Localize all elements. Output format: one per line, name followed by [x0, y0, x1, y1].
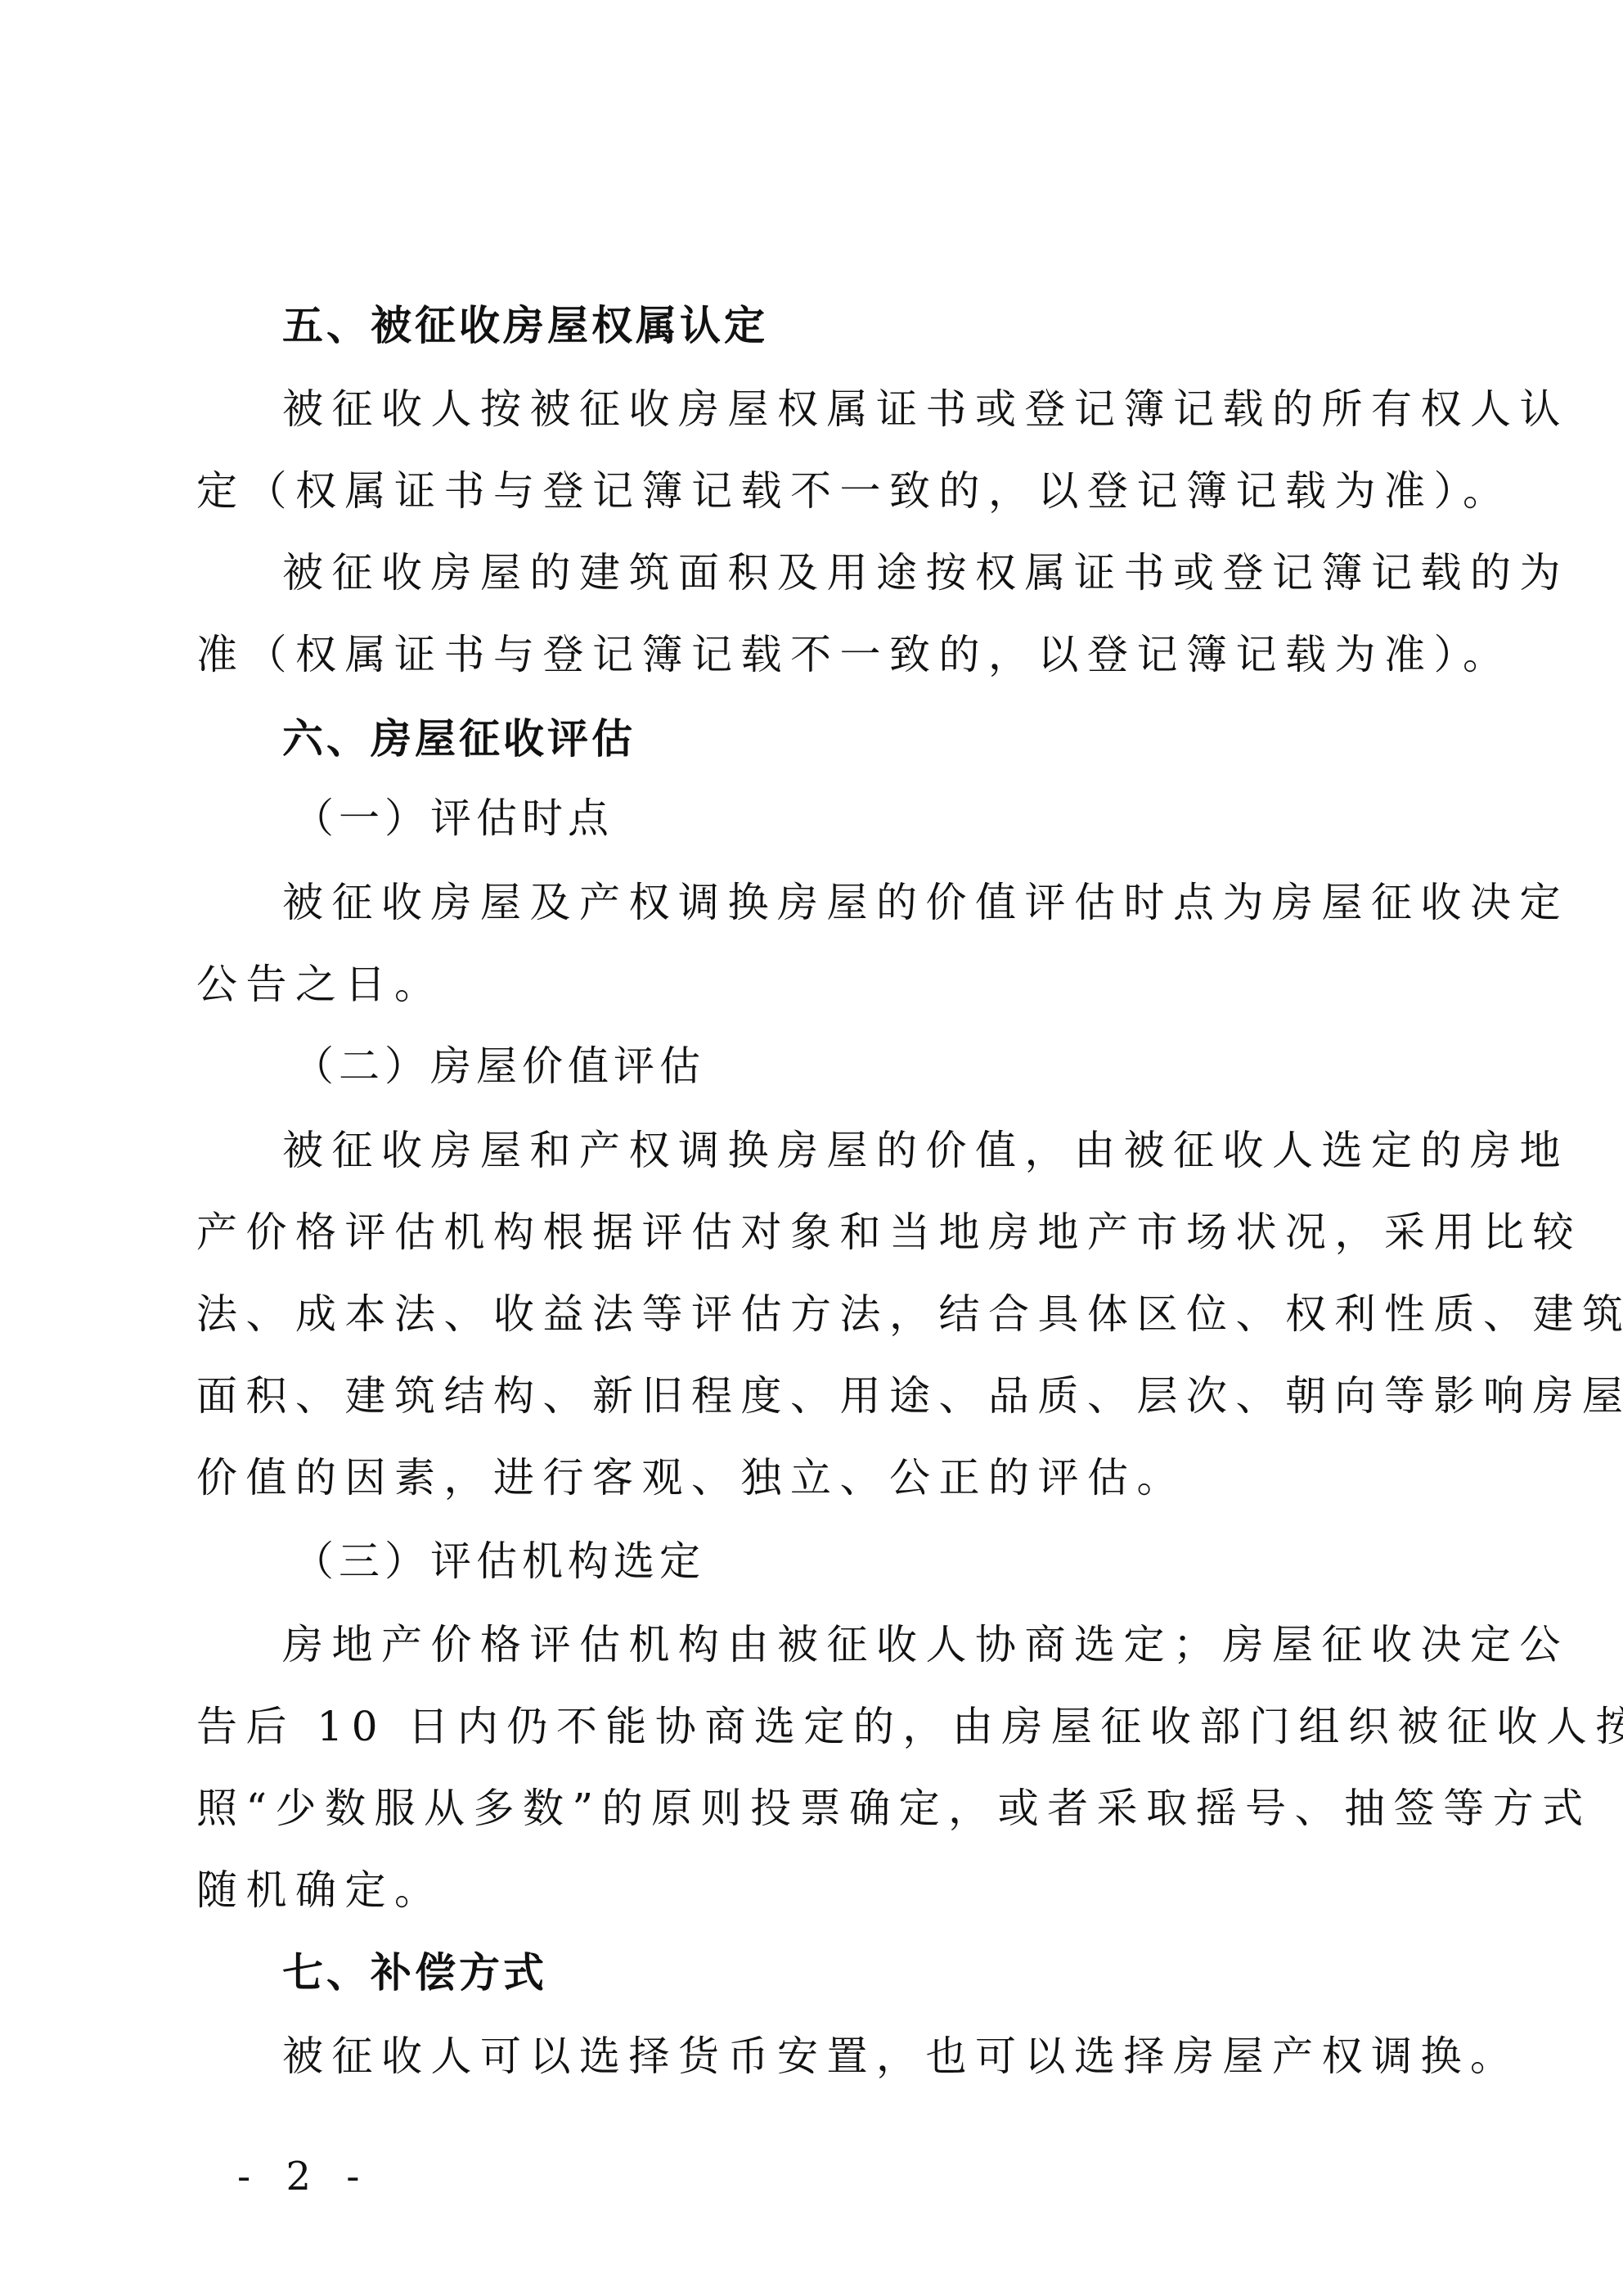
paragraph-line: 房地产价格评估机构由被征收人协商选定；房屋征收决定公 [282, 1620, 1519, 1669]
paragraph-line: 告后 10 日内仍不能协商选定的，由房屋征收部门组织被征收人按 [196, 1702, 1433, 1751]
paragraph-line: 被征收人按被征收房屋权属证书或登记簿记载的所有权人认 [282, 385, 1519, 434]
document-page: 五、被征收房屋权属认定 被征收人按被征收房屋权属证书或登记簿记载的所有权人认 定… [0, 0, 1623, 2296]
paragraph-line: 被征收房屋的建筑面积及用途按权属证书或登记簿记载的为 [282, 548, 1519, 597]
paragraph-line: 法、成本法、收益法等评估方法，结合具体区位、权利性质、建筑 [196, 1290, 1433, 1339]
paragraph-line: 面积、建筑结构、新旧程度、用途、品质、层次、朝向等影响房屋 [196, 1371, 1433, 1420]
paragraph-line: 准（权属证书与登记簿记载不一致的，以登记簿记载为准）。 [196, 630, 1433, 679]
paragraph-line: 被征收人可以选择货币安置，也可以选择房屋产权调换。 [282, 2032, 1519, 2081]
paragraph-line: 定（权属证书与登记簿记载不一致的，以登记簿记载为准）。 [196, 466, 1433, 515]
section-heading-5: 五、被征收房屋权属认定 [282, 301, 1519, 350]
paragraph-line: 被征收房屋及产权调换房屋的价值评估时点为房屋征收决定 [282, 878, 1519, 927]
paragraph-line: 被征收房屋和产权调换房屋的价值，由被征收人选定的房地 [282, 1126, 1519, 1175]
paragraph-line: 随机确定。 [196, 1866, 1433, 1915]
paragraph-line: 照“少数服从多数”的原则投票确定，或者采取摇号、抽签等方式 [196, 1784, 1433, 1833]
paragraph-line: 公告之日。 [196, 960, 1433, 1009]
paragraph-line: 产价格评估机构根据评估对象和当地房地产市场状况，采用比较 [196, 1208, 1433, 1257]
section-heading-7: 七、补偿方式 [282, 1948, 1519, 1997]
section-heading-6: 六、房屋征收评估 [282, 714, 1519, 763]
subsection-heading-2: （二）房屋价值评估 [293, 1042, 1530, 1091]
page-number: - 2 - [237, 2154, 371, 2199]
subsection-heading-1: （一）评估时点 [293, 794, 1530, 843]
subsection-heading-3: （三）评估机构选定 [293, 1537, 1530, 1586]
paragraph-line: 价值的因素，进行客观、独立、公正的评估。 [196, 1453, 1433, 1502]
